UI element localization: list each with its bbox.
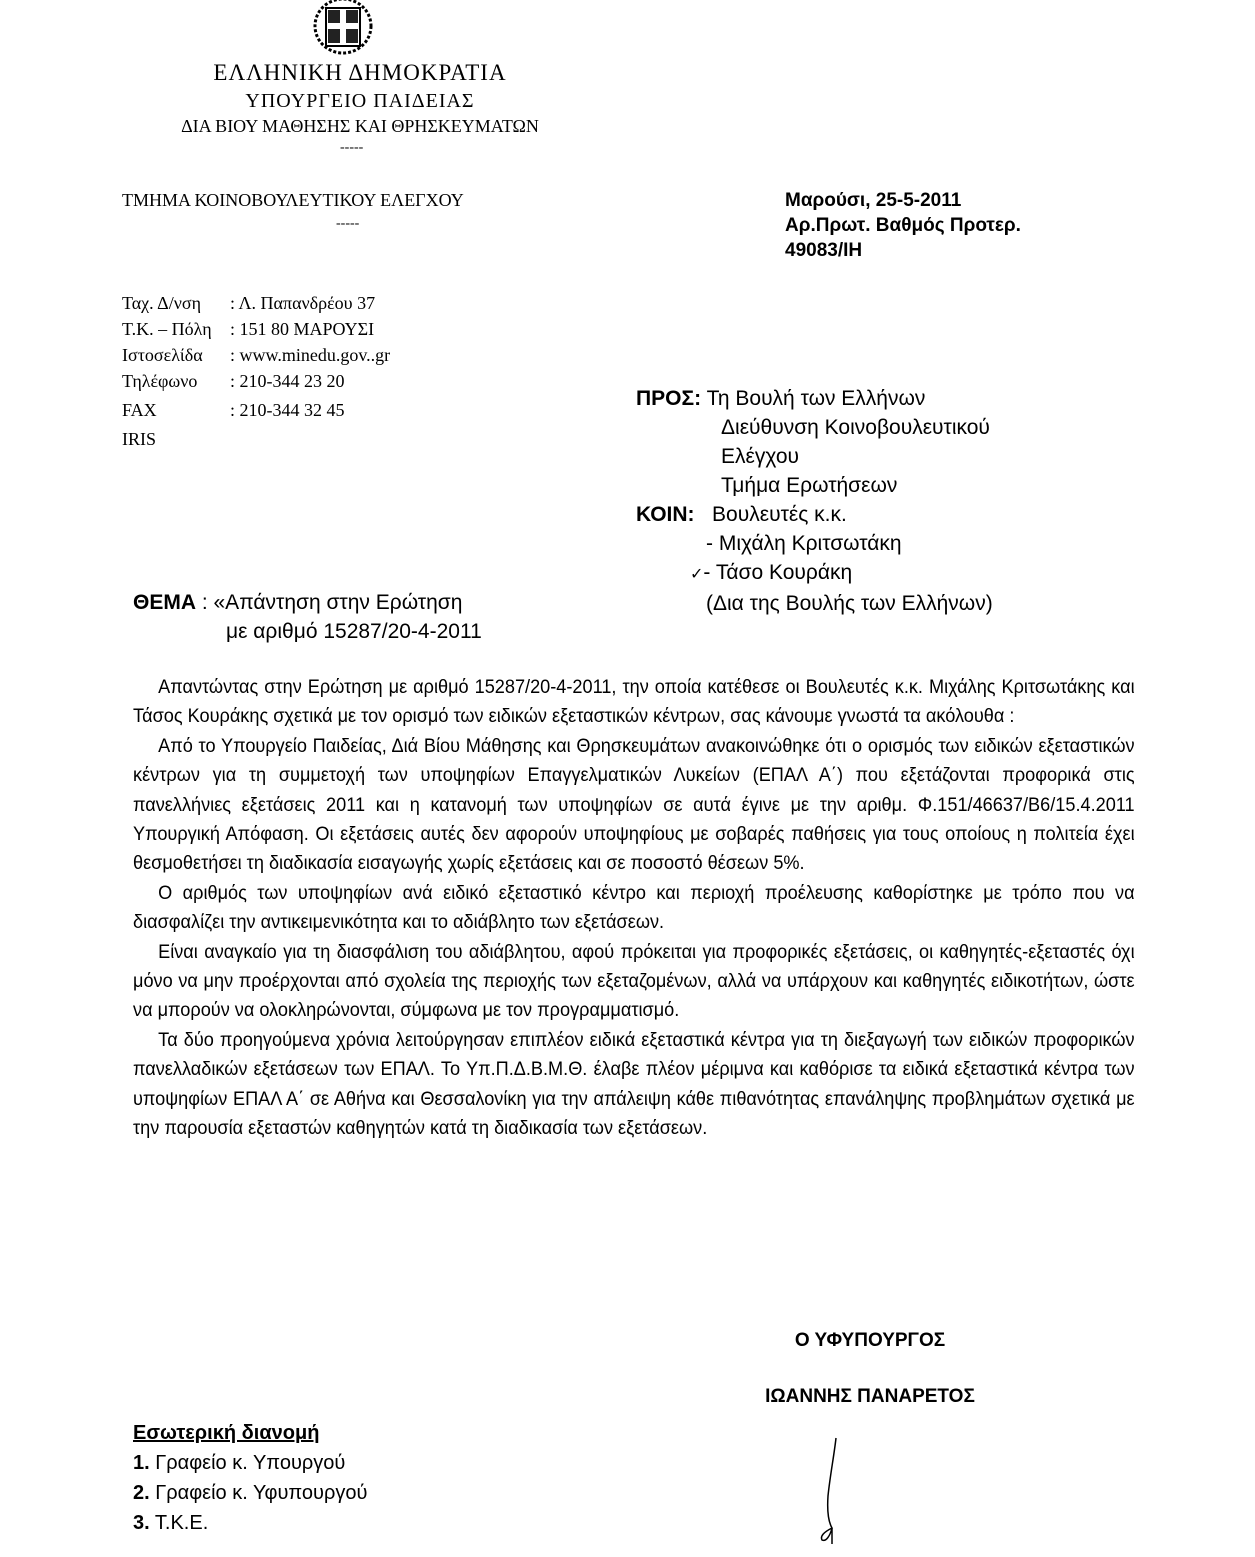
place-date: Μαρούσι, 25-5-2011 (785, 188, 1021, 213)
contact-row: Τ.Κ. – Πόλη: 151 80 ΜΑΡΟΥΣΙ (122, 316, 390, 342)
body-paragraph: Από το Υπουργείο Παιδείας, Διά Βίου Μάθη… (133, 732, 1135, 879)
contact-label: Ταχ. Δ/νση (122, 290, 230, 316)
subject-line: : «Απάντηση στην Ερώτηση (196, 591, 462, 614)
contact-info: Ταχ. Δ/νση: Λ. Παπανδρέου 37 Τ.Κ. – Πόλη… (122, 290, 390, 452)
contact-row: IRIS (122, 426, 390, 452)
recipients: ΠΡΟΣ: Τη Βουλή των Ελλήνων Διεύθυνση Κοι… (636, 384, 993, 618)
subject-line: με αριθμό 15287/20-4-2011 (133, 617, 482, 646)
cc-note: (Δια της Βουλής των Ελλήνων) (636, 589, 993, 618)
header-republic: ΕΛΛΗΝΙΚΗ ΔΗΜΟΚΡΑΤΙΑ (130, 60, 590, 86)
item-text: Γραφείο κ. Υφυπουργού (150, 1482, 368, 1504)
body-paragraph: Είναι αναγκαίο για τη διασφάλιση του αδι… (133, 938, 1135, 1026)
body-paragraph: Τα δύο προηγούμενα χρόνια λειτούργησαν ε… (133, 1026, 1135, 1144)
protocol-number: 49083/ΙΗ (785, 238, 1021, 263)
signatory-name: ΙΩΑΝΝΗΣ ΠΑΝΑΡΕΤΟΣ (700, 1386, 1040, 1408)
item-number: 3. (133, 1512, 150, 1534)
contact-value: : 210-344 32 45 (230, 397, 345, 423)
contact-label: Τηλέφωνο (122, 368, 230, 394)
signatory-title: Ο ΥΦΥΠΟΥΡΓΟΣ (700, 1330, 1040, 1352)
cc-line: - Τάσο Κουράκη (703, 561, 852, 584)
item-number: 2. (133, 1482, 150, 1504)
greek-coat-of-arms-icon (312, 0, 374, 56)
contact-row: Ιστοσελίδα: www.minedu.gov..gr (122, 342, 390, 368)
recipient-line: Ελέγχου (636, 442, 993, 471)
contact-row: FAX: 210-344 32 45 (122, 397, 390, 423)
letter-body: Απαντώντας στην Ερώτηση με αριθμό 15287/… (133, 673, 1135, 1144)
contact-value: : Λ. Παπανδρέου 37 (230, 290, 375, 316)
contact-label: FAX (122, 397, 230, 423)
protocol-label: Αρ.Πρωτ. Βαθμός Προτερ. (785, 213, 1021, 238)
body-paragraph: Απαντώντας στην Ερώτηση με αριθμό 15287/… (133, 673, 1135, 732)
contact-label: Τ.Κ. – Πόλη (122, 316, 230, 342)
distribution-item: 1. Γραφείο κ. Υπουργού (133, 1448, 367, 1478)
contact-row: Τηλέφωνο: 210-344 23 20 (122, 368, 390, 394)
distribution-item: 2. Γραφείο κ. Υφυπουργού (133, 1478, 367, 1508)
department-separator: ----- (336, 216, 359, 232)
handwritten-signature-icon (812, 1436, 852, 1546)
header-separator: ----- (340, 140, 363, 156)
cc-line: - Μιχάλη Κριτσωτάκη (636, 529, 993, 558)
cc-label: ΚΟΙΝ: (636, 503, 695, 526)
item-number: 1. (133, 1452, 150, 1474)
internal-distribution: Εσωτερική διανομή 1. Γραφείο κ. Υπουργού… (133, 1418, 367, 1538)
department-name: ΤΜΗΜΑ ΚΟΙΝΟΒΟΥΛΕΥΤΙΚΟΥ ΕΛΕΓΧΟΥ (122, 190, 464, 211)
contact-row: Ταχ. Δ/νση: Λ. Παπανδρέου 37 (122, 290, 390, 316)
recipient-line: Τη Βουλή των Ελλήνων (707, 387, 926, 410)
subject-label: ΘΕΜΑ (133, 591, 196, 614)
distribution-item: 3. Τ.Κ.Ε. (133, 1508, 367, 1538)
header-ministry-sub: ΔΙΑ ΒΙΟΥ ΜΑΘΗΣΗΣ ΚΑΙ ΘΡΗΣΚΕΥΜΑΤΩΝ (130, 116, 590, 137)
item-text: Τ.Κ.Ε. (150, 1512, 209, 1534)
cc-head: Βουλευτές κ.κ. (712, 503, 847, 526)
contact-label: Ιστοσελίδα (122, 342, 230, 368)
contact-label: IRIS (122, 426, 230, 452)
header-ministry: ΥΠΟΥΡΓΕΙΟ ΠΑΙΔΕΙΑΣ (130, 90, 590, 113)
contact-website[interactable]: : www.minedu.gov..gr (230, 342, 390, 368)
recipient-line: Τμήμα Ερωτήσεων (636, 471, 993, 500)
document-info: Μαρούσι, 25-5-2011 Αρ.Πρωτ. Βαθμός Προτε… (785, 188, 1021, 263)
to-label: ΠΡΟΣ: (636, 387, 701, 410)
contact-value: : 151 80 ΜΑΡΟΥΣΙ (230, 316, 374, 342)
body-paragraph: Ο αριθμός των υποψηφίων ανά ειδικό εξετα… (133, 879, 1135, 938)
subject: ΘΕΜΑ : «Απάντηση στην Ερώτηση με αριθμό … (133, 588, 482, 646)
item-text: Γραφείο κ. Υπουργού (150, 1452, 346, 1474)
distribution-title: Εσωτερική διανομή (133, 1418, 367, 1448)
contact-value: : 210-344 23 20 (230, 368, 345, 394)
check-mark-icon: ✓ (690, 566, 703, 583)
recipient-line: Διεύθυνση Κοινοβουλευτικού (636, 413, 993, 442)
